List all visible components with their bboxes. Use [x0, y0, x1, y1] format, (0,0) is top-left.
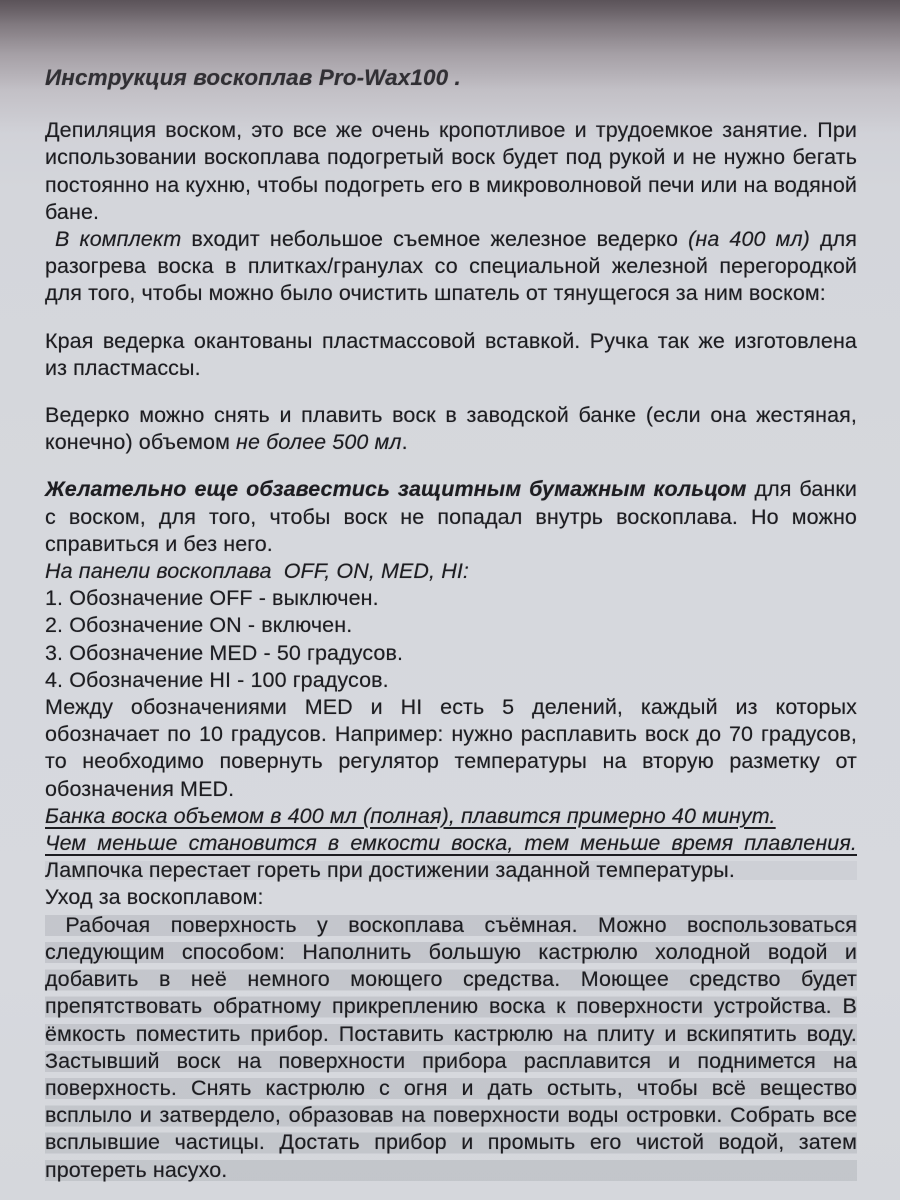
- kit-mid-text: входит небольшое съемное железное ведерк…: [181, 227, 688, 251]
- list-item-med: 3. Обозначение MED - 50 градусов.: [45, 640, 857, 667]
- paragraph-ring: Желательно еще обзавестись защитным бума…: [45, 476, 857, 558]
- paragraph-intro: Депиляция воском, это все же очень кропо…: [45, 117, 857, 226]
- paragraph-care: Рабочая поверхность у воскоплава съёмная…: [45, 912, 857, 1184]
- list-item-off: 1. Обозначение OFF - выключен.: [45, 585, 857, 612]
- paragraph-lamp: Лампочка перестает гореть при достижении…: [45, 857, 857, 884]
- bucket-lead-text: Ведерко можно снять и плавить воск в зав…: [45, 403, 857, 454]
- document-page: Инструкция воскоплав Pro-Wax100 . Депиля…: [45, 64, 857, 1184]
- photo-of-instruction-sheet: Инструкция воскоплав Pro-Wax100 . Депиля…: [0, 0, 900, 1200]
- care-heading: Уход за воскоплавом:: [45, 884, 857, 911]
- kit-lead-italic: В комплект: [45, 227, 181, 251]
- document-title: Инструкция воскоплав Pro-Wax100 .: [45, 64, 857, 91]
- bucket-tail-text: .: [402, 430, 408, 454]
- ring-lead-bold-italic: Желательно еще обзавестись защитным бума…: [45, 477, 747, 501]
- list-item-hi: 4. Обозначение HI - 100 градусов.: [45, 667, 857, 694]
- paragraph-scale: Между обозначениями MED и HI есть 5 деле…: [45, 694, 857, 803]
- melt-time-underlined-line: Банка воска объемом в 400 мл (полная), п…: [45, 803, 857, 830]
- paragraph-edges: Края ведерка окантованы пластмассовой вс…: [45, 328, 857, 382]
- melt-less-underlined-line: Чем меньше становится в емкости воска, т…: [45, 830, 857, 857]
- paragraph-kit: В комплект входит небольшое съемное желе…: [45, 226, 857, 308]
- paragraph-bucket: Ведерко можно снять и плавить воск в зав…: [45, 402, 857, 456]
- bucket-limit-italic: не более 500 мл: [236, 430, 402, 454]
- panel-labels-line: На панели воскоплава OFF, ON, MED, HI:: [45, 558, 857, 585]
- kit-volume-italic: (на 400 мл): [688, 227, 810, 251]
- list-item-on: 2. Обозначение ON - включен.: [45, 612, 857, 639]
